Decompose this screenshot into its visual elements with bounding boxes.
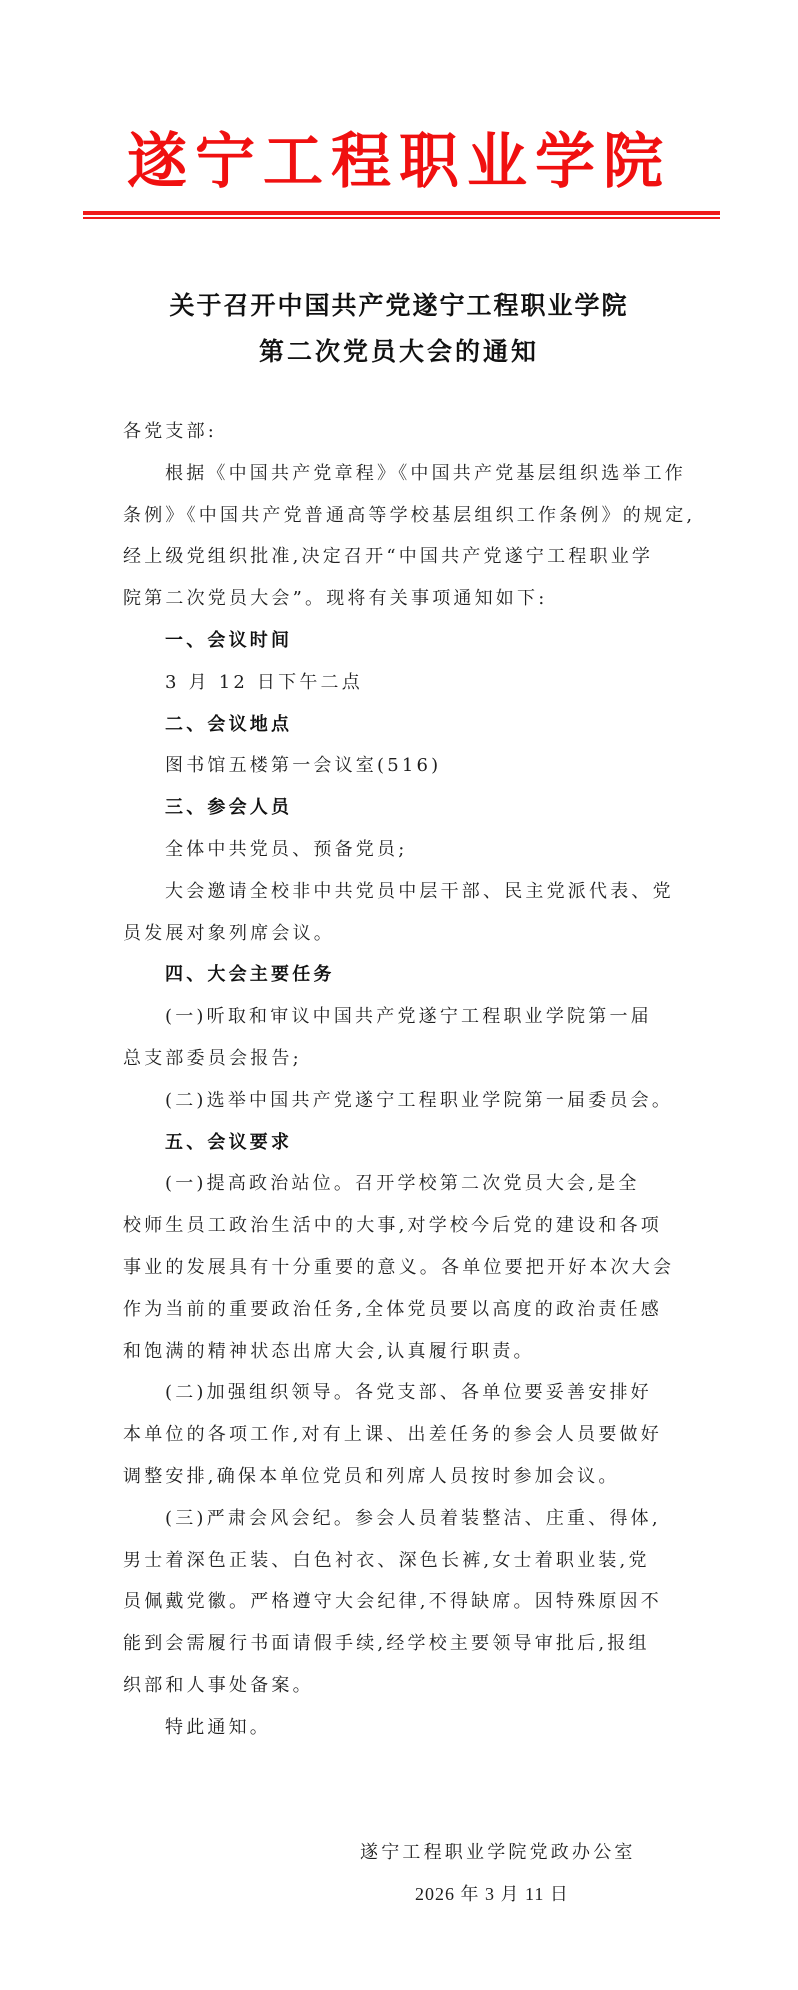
body-line: 本单位的各项工作,对有上课、出差任务的参会人员要做好 — [123, 1414, 723, 1456]
section-heading: 三、参会人员 — [123, 787, 723, 829]
red-rule-thin — [83, 217, 720, 219]
document-body: 各党支部:根据《中国共产党章程》《中国共产党基层组织选举工作条例》《中国共产党普… — [123, 411, 723, 1749]
body-line: 根据《中国共产党章程》《中国共产党基层组织选举工作 — [123, 453, 723, 495]
signature-date: 2026 年 3 月 11 日 — [415, 1880, 569, 1906]
body-line: 大会邀请全校非中共党员中层干部、民主党派代表、党 — [123, 871, 723, 913]
body-line: (一)提高政治站位。召开学校第二次党员大会,是全 — [123, 1163, 723, 1205]
section-heading: 二、会议地点 — [123, 704, 723, 746]
body-line: 经上级党组织批准,决定召开“中国共产党遂宁工程职业学 — [123, 536, 723, 578]
document-title-line-1: 关于召开中国共产党遂宁工程职业学院 — [0, 290, 798, 322]
signature-office: 遂宁工程职业学院党政办公室 — [360, 1838, 636, 1864]
section-heading: 五、会议要求 — [123, 1122, 723, 1164]
red-rule-thick — [83, 211, 720, 215]
body-line: 图书馆五楼第一会议室(516) — [123, 745, 723, 787]
body-line: 全体中共党员、预备党员; — [123, 829, 723, 871]
body-line: 事业的发展具有十分重要的意义。各单位要把开好本次大会 — [123, 1247, 723, 1289]
body-line: 和饱满的精神状态出席大会,认真履行职责。 — [123, 1331, 723, 1373]
section-heading: 四、大会主要任务 — [123, 954, 723, 996]
body-line: 院第二次党员大会”。现将有关事项通知如下: — [123, 578, 723, 620]
body-line: 员佩戴党徽。严格遵守大会纪律,不得缺席。因特殊原因不 — [123, 1581, 723, 1623]
document-title-line-2: 第二次党员大会的通知 — [0, 336, 798, 368]
body-line: 3 月 12 日下午二点 — [123, 662, 723, 704]
institution-masthead: 遂宁工程职业学院 — [0, 126, 798, 198]
body-line: 能到会需履行书面请假手续,经学校主要领导审批后,报组 — [123, 1623, 723, 1665]
body-line: (二)加强组织领导。各党支部、各单位要妥善安排好 — [123, 1372, 723, 1414]
body-line: 条例》《中国共产党普通高等学校基层组织工作条例》的规定, — [123, 495, 723, 537]
body-line: 调整安排,确保本单位党员和列席人员按时参加会议。 — [123, 1456, 723, 1498]
body-line: 作为当前的重要政治任务,全体党员要以高度的政治责任感 — [123, 1289, 723, 1331]
section-heading: 一、会议时间 — [123, 620, 723, 662]
body-line: (二)选举中国共产党遂宁工程职业学院第一届委员会。 — [123, 1080, 723, 1122]
body-line: (一)听取和审议中国共产党遂宁工程职业学院第一届 — [123, 996, 723, 1038]
body-line: 织部和人事处备案。 — [123, 1665, 723, 1707]
body-line: 校师生员工政治生活中的大事,对学校今后党的建设和各项 — [123, 1205, 723, 1247]
body-line: (三)严肃会风会纪。参会人员着装整洁、庄重、得体, — [123, 1498, 723, 1540]
body-line: 员发展对象列席会议。 — [123, 913, 723, 955]
body-line: 特此通知。 — [123, 1707, 723, 1749]
body-line: 总支部委员会报告; — [123, 1038, 723, 1080]
body-line: 各党支部: — [123, 411, 723, 453]
body-line: 男士着深色正装、白色衬衣、深色长裤,女士着职业装,党 — [123, 1540, 723, 1582]
